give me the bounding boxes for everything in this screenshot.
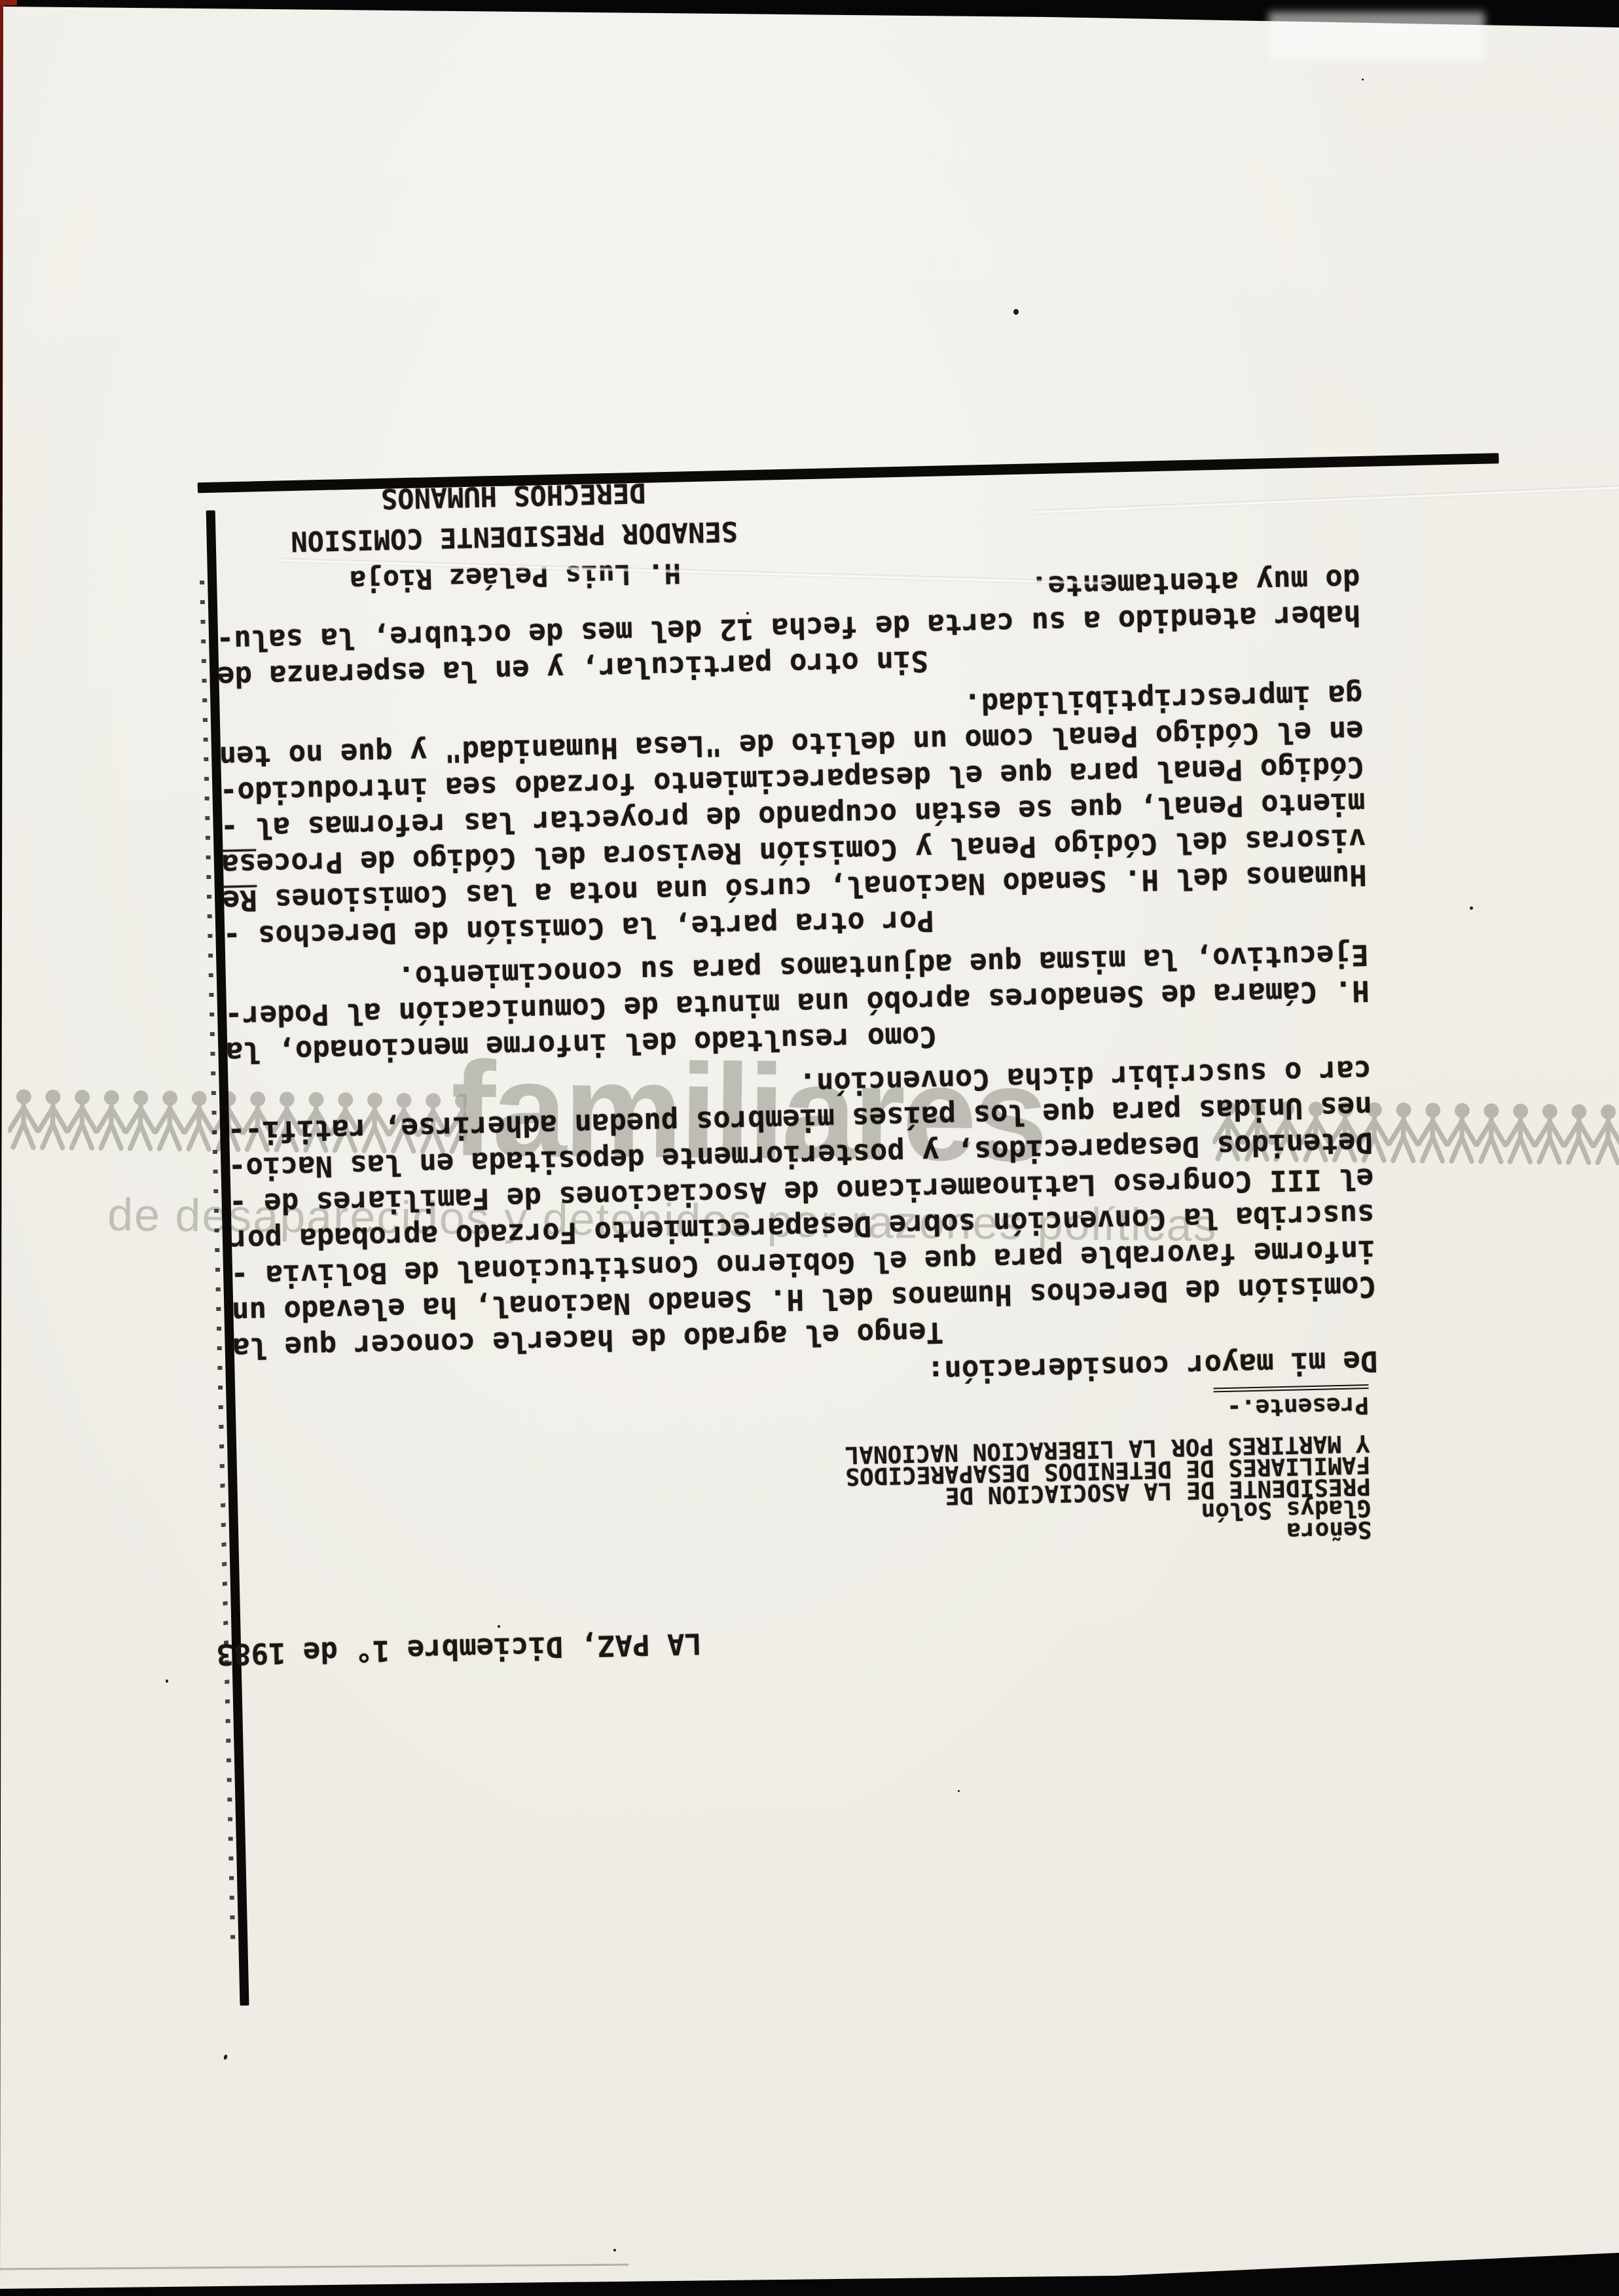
- paper-bright-patch: [1269, 12, 1485, 60]
- dust-speck: [166, 1679, 168, 1683]
- scan-edge-red-corner: [0, 0, 17, 5]
- dust-speck: [434, 495, 437, 499]
- scanned-document-page: { "letter": { "date_line": "LA PAZ, Dici…: [0, 0, 1619, 2296]
- letter-date: LA PAZ, Diciembre 1° de 1983: [216, 1626, 702, 1671]
- letter-paragraph: Tengo el agrado de hacerle conocer que l…: [212, 1052, 1377, 1367]
- dust-speck: [1013, 309, 1019, 315]
- signature-block: H. Luis Peláez RiojaSENADOR PRESIDENTE C…: [258, 469, 771, 603]
- recipient-address-block: SeñoraGladys SolónPRESIDENTE DE LA ASOCI…: [845, 1432, 1372, 1552]
- dust-speck: [1470, 906, 1473, 910]
- dust-speck: [498, 1625, 500, 1628]
- dust-speck: [1362, 79, 1364, 81]
- letter-body: Tengo el agrado de hacerle conocer que l…: [201, 553, 1377, 1367]
- letter-paragraph: Por otra parte, la Comisión de Derechos …: [204, 677, 1368, 955]
- presente-line: Presente.-: [1214, 1384, 1370, 1422]
- salutation-line: De mi mayor consideración:: [926, 1344, 1378, 1388]
- dust-speck: [958, 1790, 960, 1792]
- dust-speck: [746, 612, 749, 615]
- dust-speck: [613, 2249, 616, 2251]
- letter-paragraph: Como resultado del informe mencionado, l…: [209, 937, 1370, 1071]
- letter-photocopy: LA PAZ, Diciembre 1° de 1983 SeñoraGlady…: [199, 450, 1556, 2017]
